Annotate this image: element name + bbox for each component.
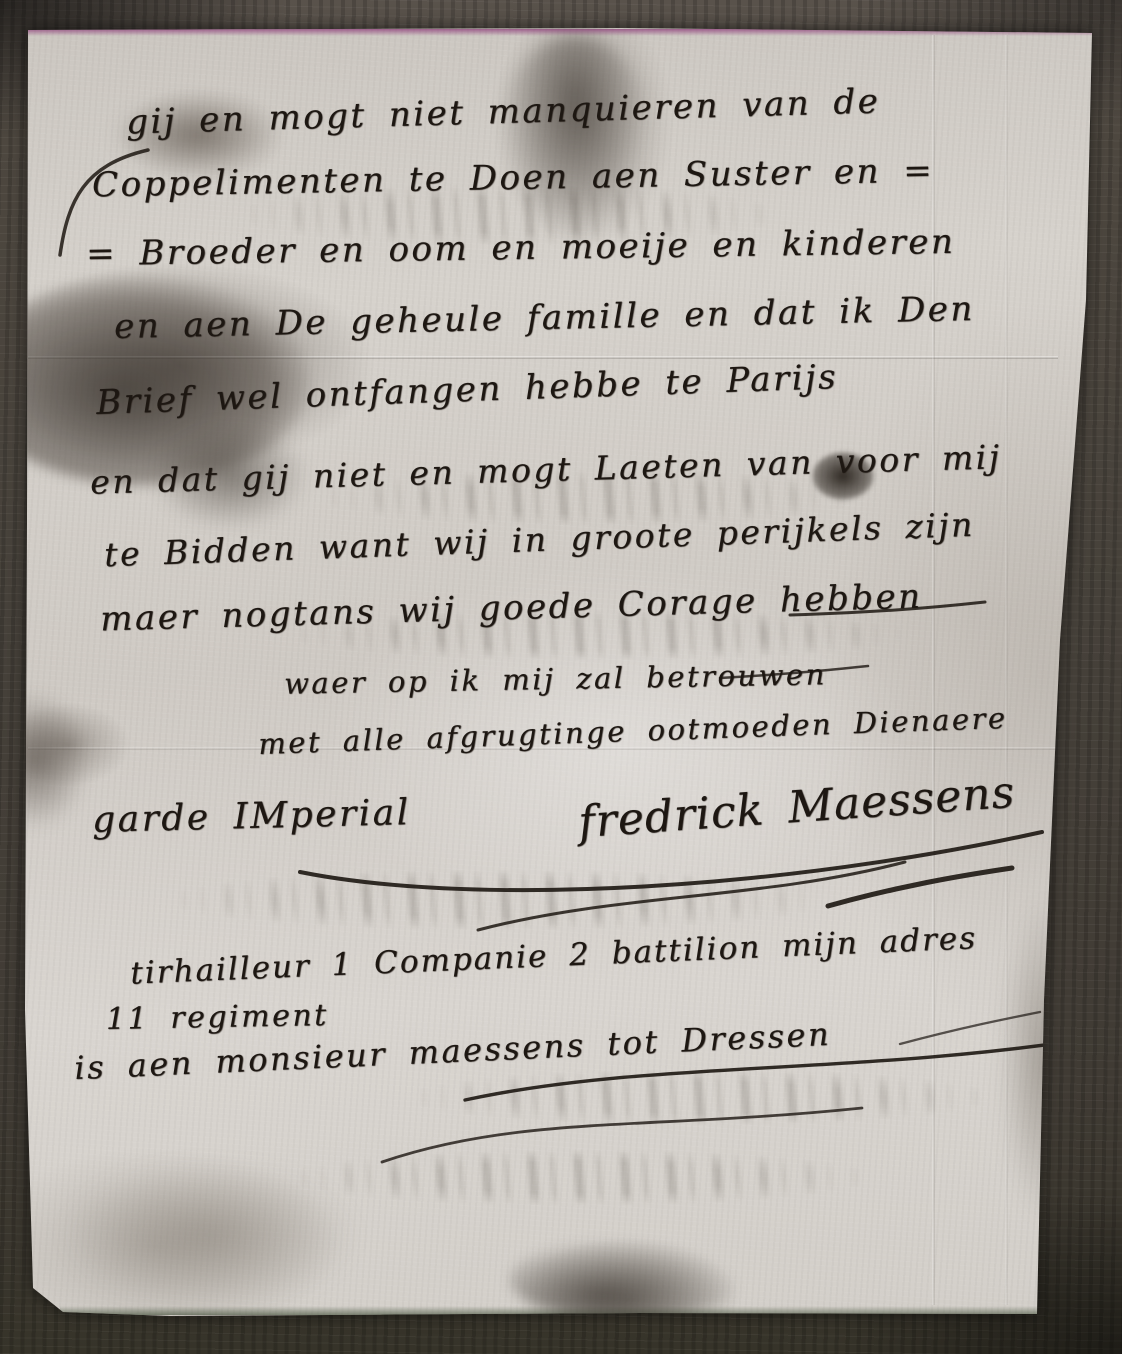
paper-smudge <box>1000 900 1090 1220</box>
ink-stain <box>510 1240 740 1320</box>
unit-line: garde IMperial <box>92 792 412 841</box>
address-line: tirhailleur 1 Companie 2 battilion mijn … <box>130 920 978 991</box>
ink-stain <box>0 690 90 830</box>
letter-paper: gij en mogt niet manquieren van de Coppe… <box>0 0 1122 1354</box>
handwriting-line: = Broeder en oom en moeije en kinderen <box>86 222 956 274</box>
bleedthrough-text <box>300 1150 860 1205</box>
signature-flourish <box>828 868 1012 906</box>
handwriting-line: met alle afgrugtinge ootmoeden Dienaere <box>258 701 1008 761</box>
address-line: 11 regiment <box>106 998 329 1037</box>
bleedthrough-text <box>420 1070 980 1125</box>
handwriting-line: waer op ik mij zal betrouwen <box>284 657 827 700</box>
bleedthrough-text <box>180 870 820 930</box>
photograph-of-letter: gij en mogt niet manquieren van de Coppe… <box>0 0 1122 1354</box>
paper-wrapper: gij en mogt niet manquieren van de Coppe… <box>0 0 1122 1354</box>
signature: fredrick Maessens <box>577 767 1017 848</box>
